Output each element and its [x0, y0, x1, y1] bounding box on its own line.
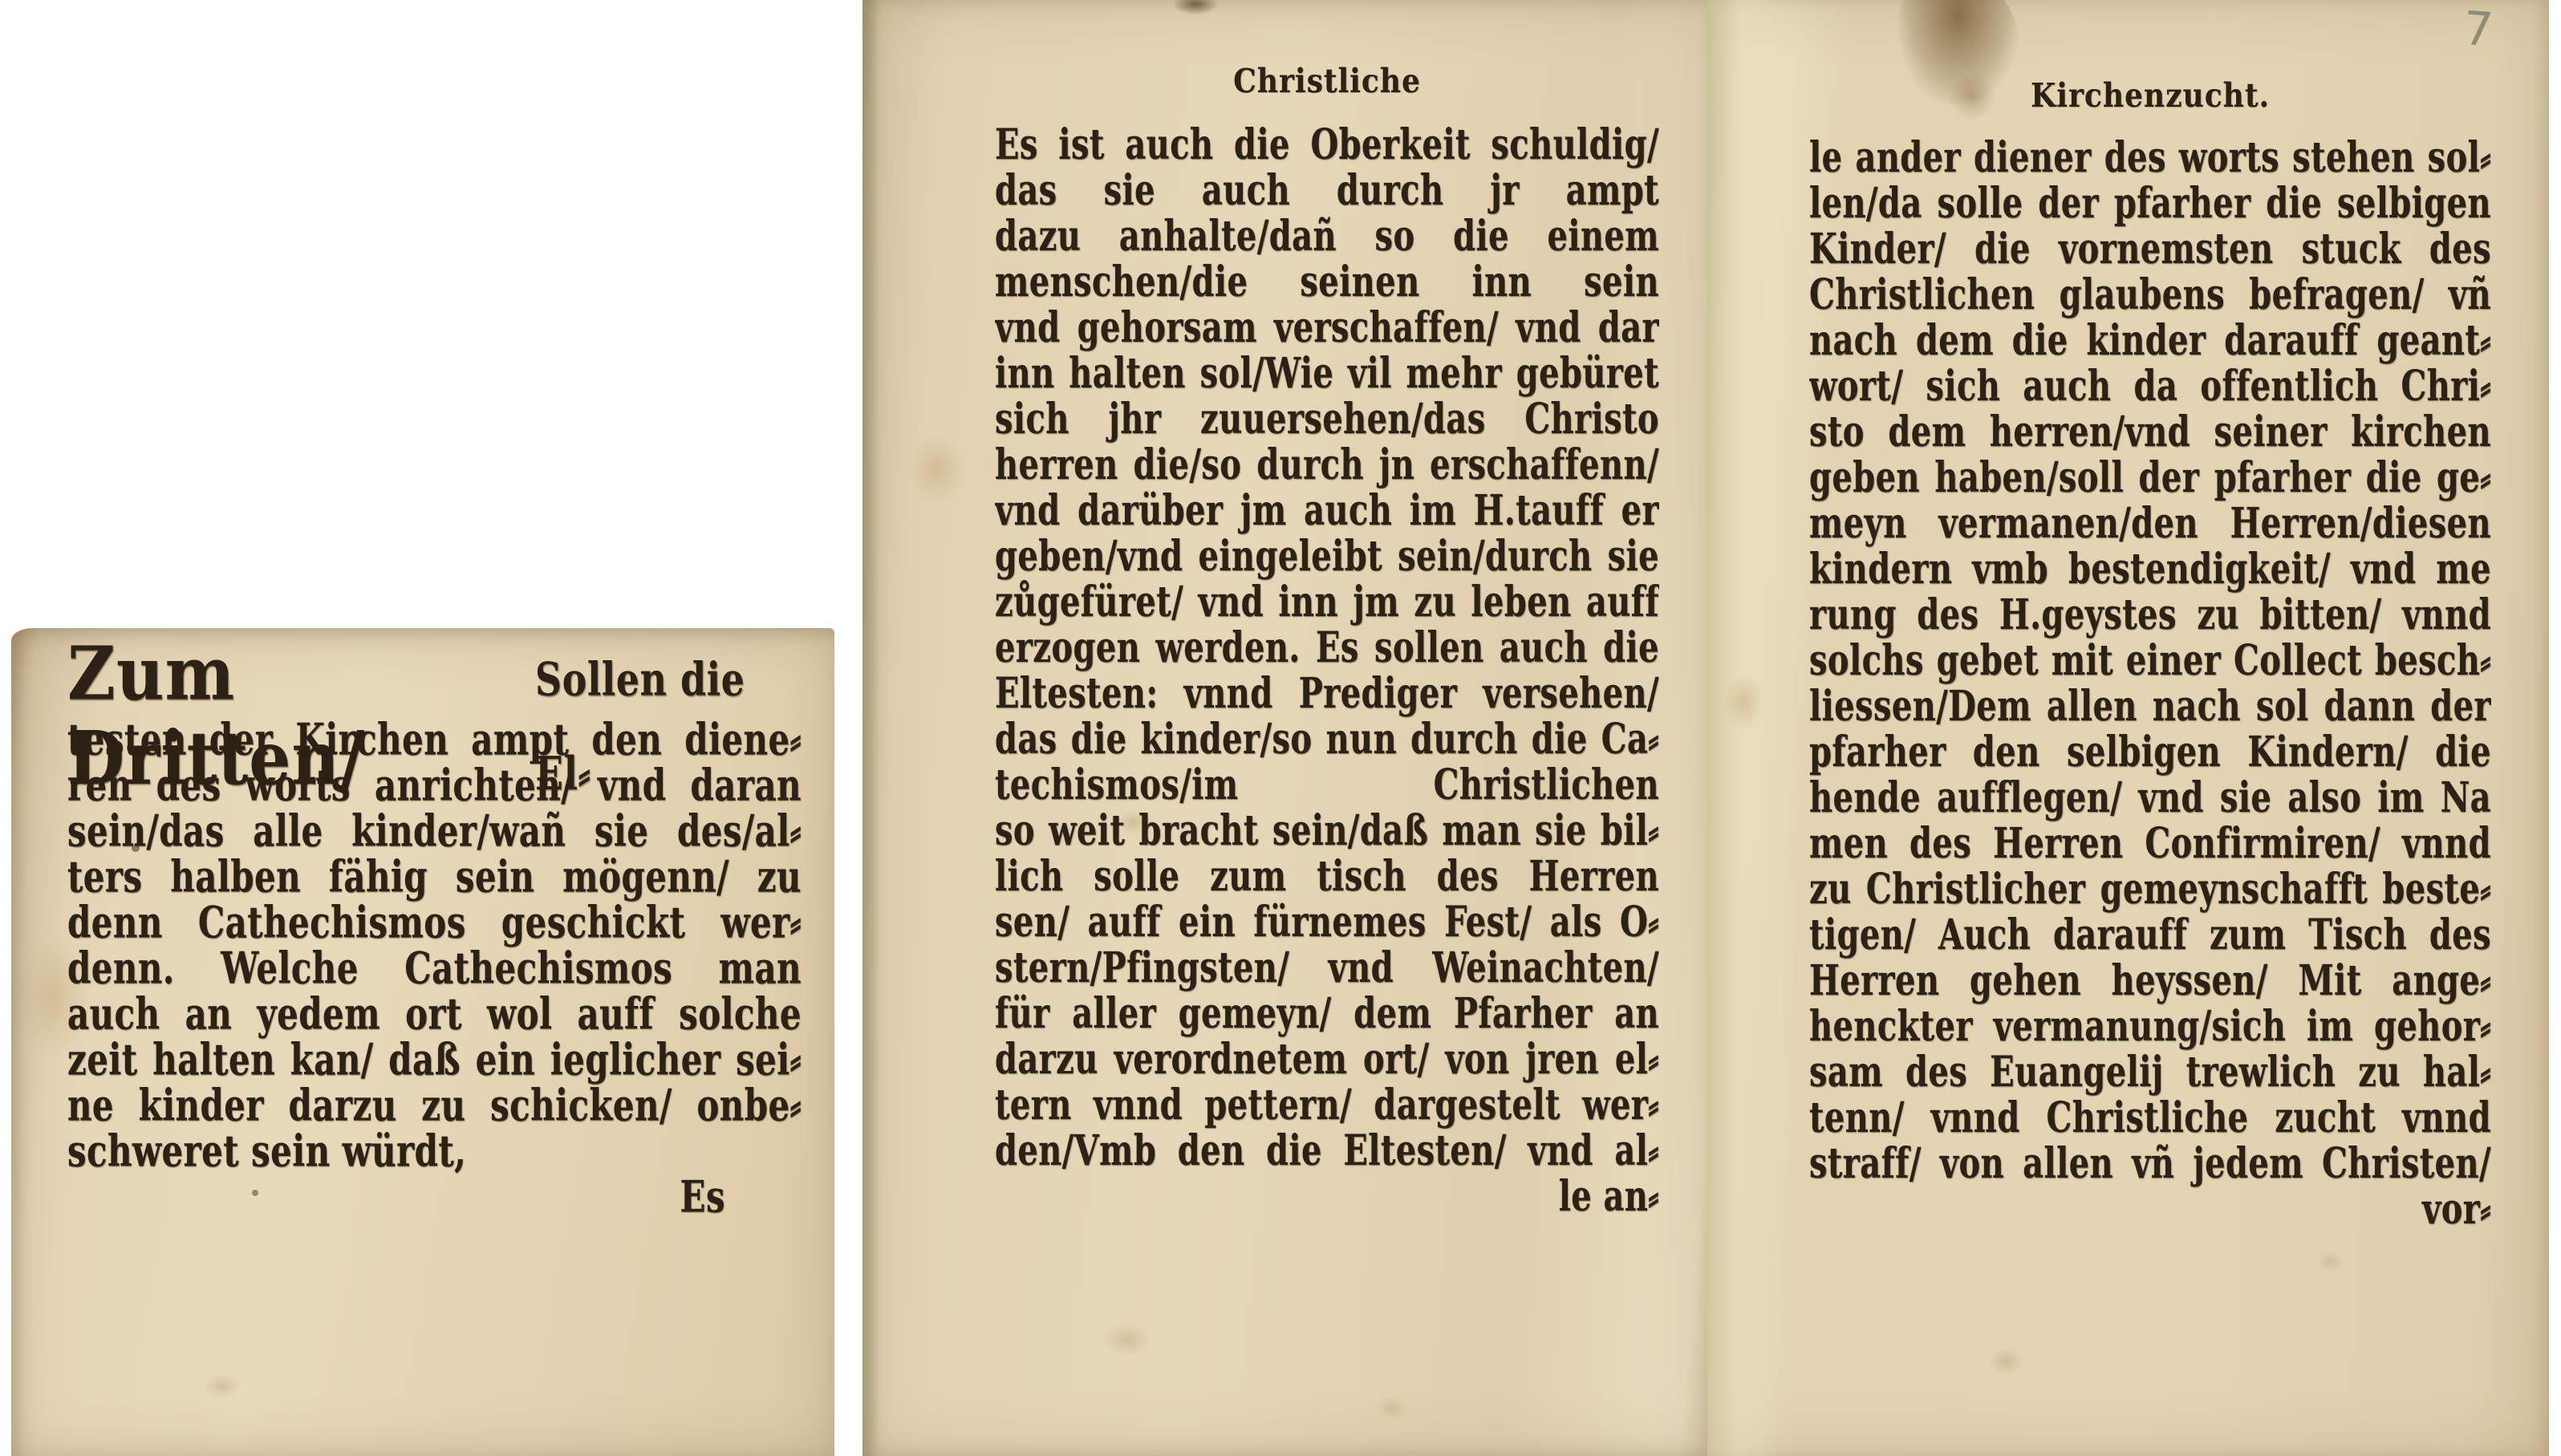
running-header: Kirchenzucht. [1809, 76, 2491, 115]
left-text-block: Zum Dritten/ Sollen die El⸗ testen der K… [67, 641, 802, 1219]
page-edge [862, 0, 880, 1456]
page-gutter [1707, 0, 1796, 1456]
right-page: 7 Kirchenzucht. le ander diener des wort… [1707, 0, 2549, 1456]
stain [1988, 1348, 2023, 1375]
section-heading: Zum Dritten/ Sollen die El⸗ [67, 641, 802, 716]
left-page-fragment: Zum Dritten/ Sollen die El⸗ testen der K… [11, 628, 834, 1456]
right-text-block: le ander diener des worts stehen sol⸗ le… [1809, 135, 2491, 1232]
catchword: Es [67, 1166, 802, 1226]
stain [1723, 674, 1763, 730]
stain [1103, 1324, 1151, 1356]
stain [204, 1374, 241, 1398]
stain [1174, 0, 1217, 14]
middle-text-block: Es ist auch die Oberkeit schuldig/ das s… [995, 122, 1659, 1219]
stain [1376, 1396, 1408, 1420]
scanned-book-opening: { "document": { "kind": "16th-century pr… [0, 0, 2561, 1456]
handwritten-page-number: 7 [2461, 1, 2537, 70]
stain [2317, 1251, 2344, 1272]
catchword: le an⸗ [995, 1166, 1659, 1226]
running-header: Christliche [995, 62, 1659, 100]
catchword: vor⸗ [1809, 1179, 2491, 1239]
middle-page: Christliche Es ist auch die Oberkeit sch… [862, 0, 1707, 1456]
stain [909, 433, 965, 505]
